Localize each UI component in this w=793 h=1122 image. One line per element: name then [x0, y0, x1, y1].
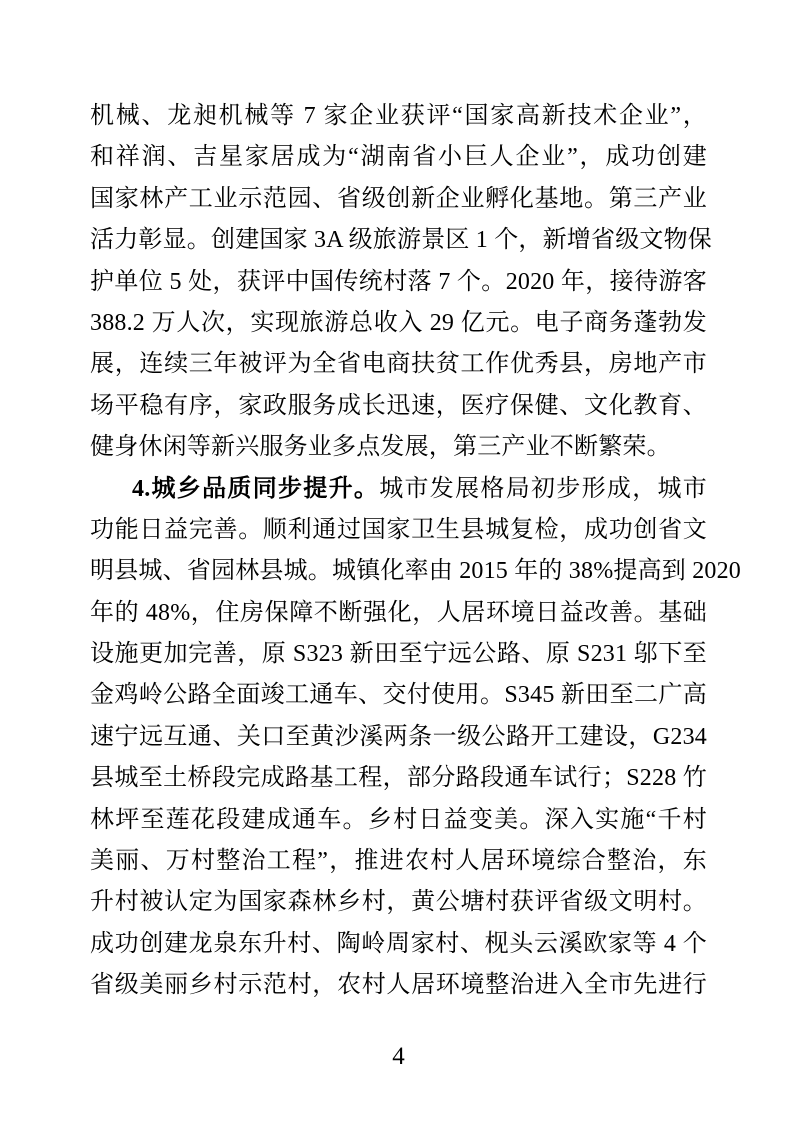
- text-line: 功能日益完善。顺利通过国家卫生县城复检，成功创省文: [90, 510, 707, 551]
- text-line: 活力彰显。创建国家 3A 级旅游景区 1 个，新增省级文物保: [90, 220, 707, 261]
- page-number: 4: [90, 1042, 707, 1072]
- text-line: 场平稳有序，家政服务成长迅速，医疗保健、文化教育、: [90, 386, 707, 427]
- text-line: 美丽、万村整治工程”，推进农村人居环境综合整治，东: [90, 841, 707, 882]
- text-line: 金鸡岭公路全面竣工通车、交付使用。S345 新田至二广高: [90, 675, 707, 716]
- text-line: 速宁远互通、关口至黄沙溪两条一级公路开工建设，G234: [90, 717, 707, 758]
- text-line: 明县城、省园林县城。城镇化率由 2015 年的 38%提高到 2020: [90, 551, 707, 592]
- text-line: 4.城乡品质同步提升。城市发展格局初步形成，城市: [90, 469, 707, 510]
- text-line: 省级美丽乡村示范村，农村人居环境整治进入全市先进行: [90, 965, 707, 1006]
- document-page: 机械、龙昶机械等 7 家企业获评“国家高新技术企业”， 和祥润、吉星家居成为“湖…: [0, 0, 793, 1122]
- text-line: 县城至土桥段完成路基工程，部分路段通车试行；S228 竹: [90, 758, 707, 799]
- text-line: 年的 48%，住房保障不断强化，人居环境日益改善。基础: [90, 593, 707, 634]
- text-block: 机械、龙昶机械等 7 家企业获评“国家高新技术企业”， 和祥润、吉星家居成为“湖…: [90, 96, 707, 1007]
- text-line: 机械、龙昶机械等 7 家企业获评“国家高新技术企业”，: [90, 96, 707, 137]
- section-heading: 4.城乡品质同步提升。: [132, 476, 379, 502]
- text-line: 设施更加完善，原 S323 新田至宁远公路、原 S231 邬下至: [90, 634, 707, 675]
- text-line: 健身休闲等新兴服务业多点发展，第三产业不断繁荣。: [90, 427, 707, 468]
- text-line: 成功创建龙泉东升村、陶岭周家村、枧头云溪欧家等 4 个: [90, 924, 707, 965]
- text-line: 388.2 万人次，实现旅游总收入 29 亿元。电子商务蓬勃发: [90, 303, 707, 344]
- text-line: 升村被认定为国家森林乡村，黄公塘村获评省级文明村。: [90, 882, 707, 923]
- text-line: 国家林产工业示范园、省级创新企业孵化基地。第三产业: [90, 179, 707, 220]
- text-line: 展，连续三年被评为全省电商扶贫工作优秀县，房地产市: [90, 344, 707, 385]
- text-line: 护单位 5 处，获评中国传统村落 7 个。2020 年，接待游客: [90, 262, 707, 303]
- text-run: 城市发展格局初步形成，城市: [379, 476, 707, 502]
- text-line: 和祥润、吉星家居成为“湖南省小巨人企业”，成功创建: [90, 137, 707, 178]
- text-line: 林坪至莲花段建成通车。乡村日益变美。深入实施“千村: [90, 800, 707, 841]
